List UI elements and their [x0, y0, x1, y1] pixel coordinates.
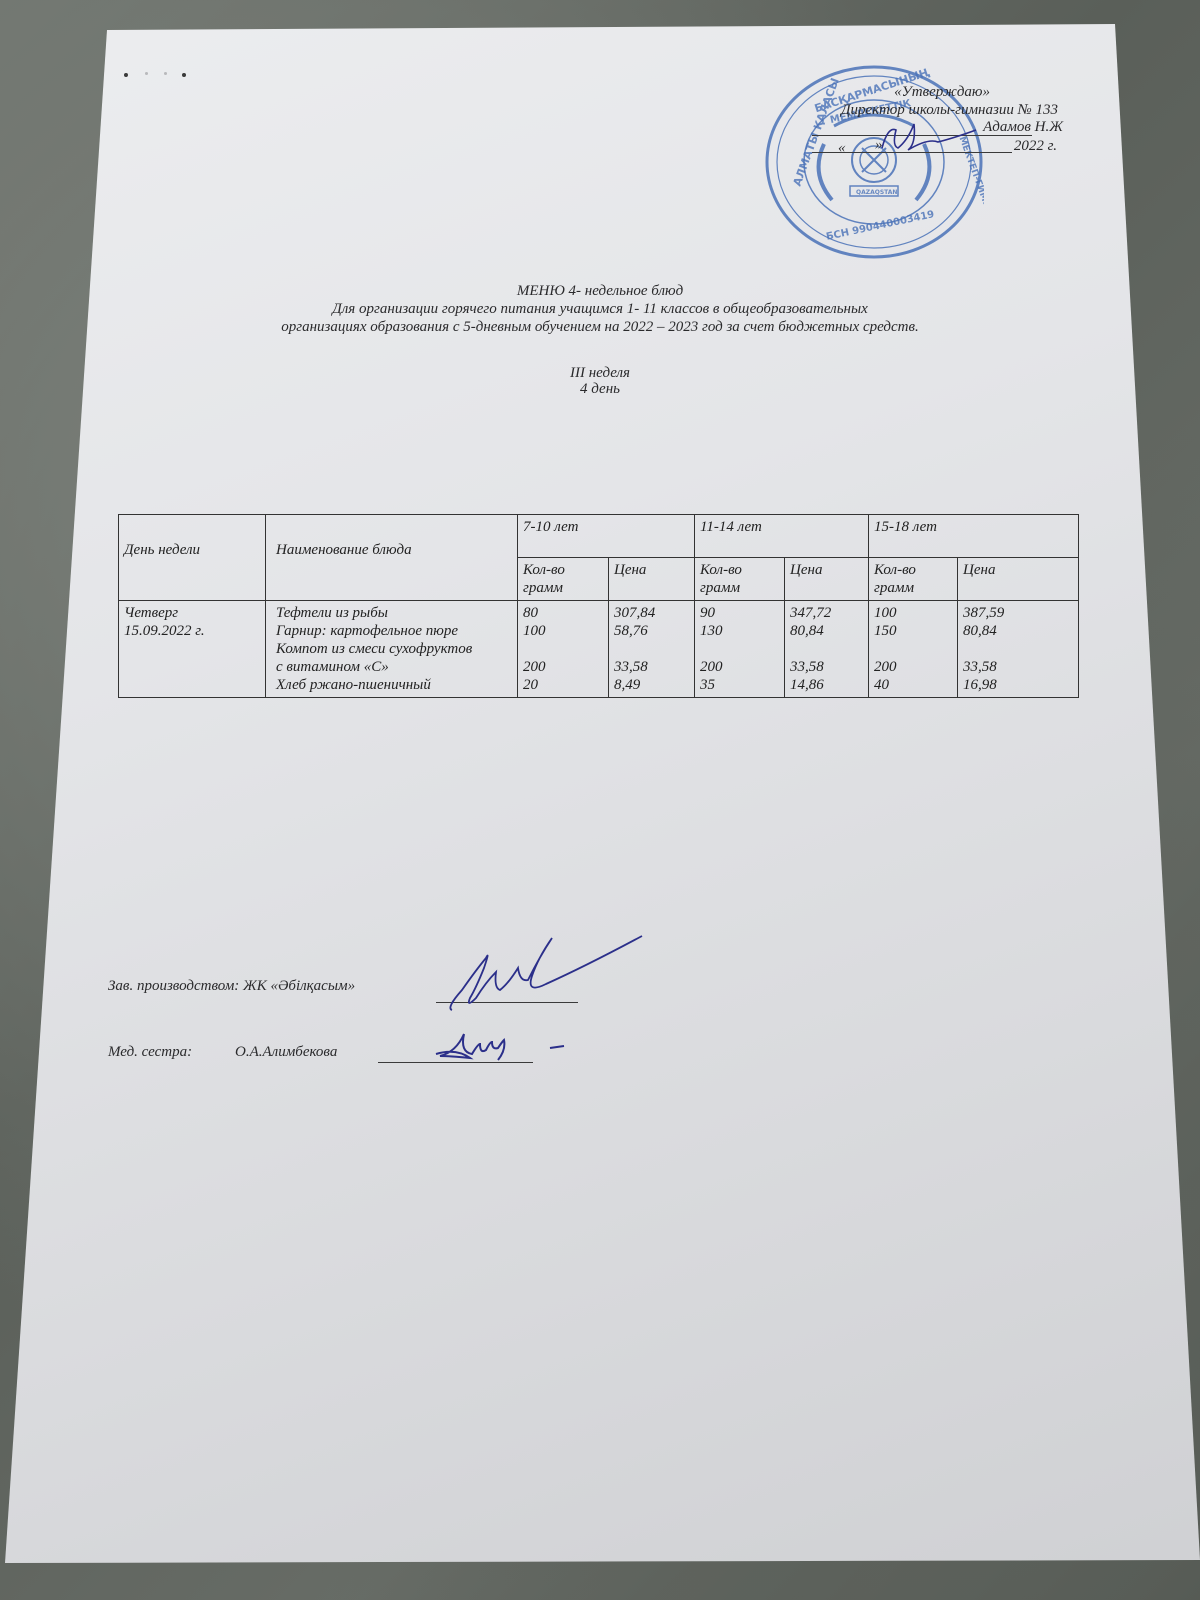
- qty-column: 10015020040: [869, 601, 958, 698]
- menu-title: МЕНЮ 4- недельное блюд: [0, 282, 1200, 300]
- director-signature-icon: [870, 112, 980, 162]
- dish-name: Хлеб ржано-пшеничный: [276, 676, 512, 694]
- table-cell-value: 130: [700, 622, 779, 640]
- table-cell-value: 33,58: [614, 658, 689, 676]
- subheader-qty: Кол-вограмм: [869, 558, 958, 601]
- table-cell-value: 80,84: [790, 622, 863, 640]
- approval-name: Адамов Н.Ж: [983, 118, 1063, 136]
- punch-mark: [164, 72, 167, 75]
- table-cell-value: 16,98: [963, 676, 1073, 694]
- menu-table: День недели Наименование блюда 7-10 лет …: [118, 514, 1079, 698]
- header-day: День недели: [119, 515, 266, 601]
- table-cell-value: 8,49: [614, 676, 689, 694]
- document-page: БСН 990440003419 QAZAQSTAN БАСҚАРМАСЫНЫҢ…: [0, 0, 1200, 1600]
- subheader-qty: Кол-вограмм: [518, 558, 609, 601]
- table-cell-value: 58,76: [614, 622, 689, 640]
- price-column: 307,8458,7633,588,49: [609, 601, 695, 698]
- table-cell-value: 33,58: [790, 658, 863, 676]
- day-label: 4 день: [0, 380, 1200, 398]
- subheader-price: Цена: [958, 558, 1079, 601]
- dish-name: Гарнир: картофельное пюре: [276, 622, 512, 640]
- punch-hole-left: [124, 73, 128, 77]
- header-age-7-10: 7-10 лет: [518, 515, 695, 558]
- price-column: 347,7280,8433,5814,86: [785, 601, 869, 698]
- menu-subtitle-2: организациях образования с 5-дневным обу…: [0, 318, 1200, 336]
- price-column: 387,5980,8433,5816,98: [958, 601, 1079, 698]
- nurse-signature-icon: [430, 1028, 580, 1068]
- table-cell-value: 35: [700, 676, 779, 694]
- table-cell-value: 33,58: [963, 658, 1073, 676]
- header-age-11-14: 11-14 лет: [695, 515, 869, 558]
- svg-text:QAZAQSTAN: QAZAQSTAN: [856, 189, 897, 196]
- table-cell-value: 200: [523, 658, 603, 676]
- table-cell-value: 80,84: [963, 622, 1073, 640]
- table-cell-value: 200: [874, 658, 952, 676]
- production-manager-label: Зав. производством: ЖК «Әбілқасым»: [108, 977, 355, 995]
- qty-column: 9013020035: [695, 601, 785, 698]
- nurse-label: Мед. сестра:: [108, 1043, 192, 1061]
- subheader-price: Цена: [609, 558, 695, 601]
- punch-hole-right: [182, 73, 186, 77]
- table-cell-value: 14,86: [790, 676, 863, 694]
- nurse-name: О.А.Алимбекова: [235, 1043, 337, 1061]
- table-cell-value: 20: [523, 676, 603, 694]
- header-age-15-18: 15-18 лет: [869, 515, 1079, 558]
- qty-column: 8010020020: [518, 601, 609, 698]
- approval-heading: «Утверждаю»: [894, 83, 990, 101]
- production-signature-icon: [440, 928, 670, 1018]
- approval-year: 2022 г.: [1014, 137, 1057, 155]
- header-dish: Наименование блюда: [266, 515, 518, 601]
- table-cell-value: 387,59: [963, 604, 1073, 622]
- dish-name: с витамином «С»: [276, 658, 512, 676]
- menu-subtitle-1: Для организации горячего питания учащимс…: [0, 300, 1200, 318]
- table-cell-value: 40: [874, 676, 952, 694]
- table-cell-value: 307,84: [614, 604, 689, 622]
- approval-quote-open: «: [838, 139, 846, 157]
- table-cell-value: 347,72: [790, 604, 863, 622]
- table-cell-value: 90: [700, 604, 779, 622]
- dish-name: Тефтели из рыбы: [276, 604, 512, 622]
- day-cell: Четверг15.09.2022 г.: [119, 601, 266, 698]
- table-cell-value: 80: [523, 604, 603, 622]
- subheader-qty: Кол-вограмм: [695, 558, 785, 601]
- table-cell-value: 100: [874, 604, 952, 622]
- table-cell-value: 200: [700, 658, 779, 676]
- dish-column: Тефтели из рыбыГарнир: картофельное пюре…: [266, 601, 518, 698]
- table-cell-value: 150: [874, 622, 952, 640]
- dish-name: Компот из смеси сухофруктов: [276, 640, 512, 658]
- punch-mark: [145, 72, 148, 75]
- table-cell-value: 100: [523, 622, 603, 640]
- subheader-price: Цена: [785, 558, 869, 601]
